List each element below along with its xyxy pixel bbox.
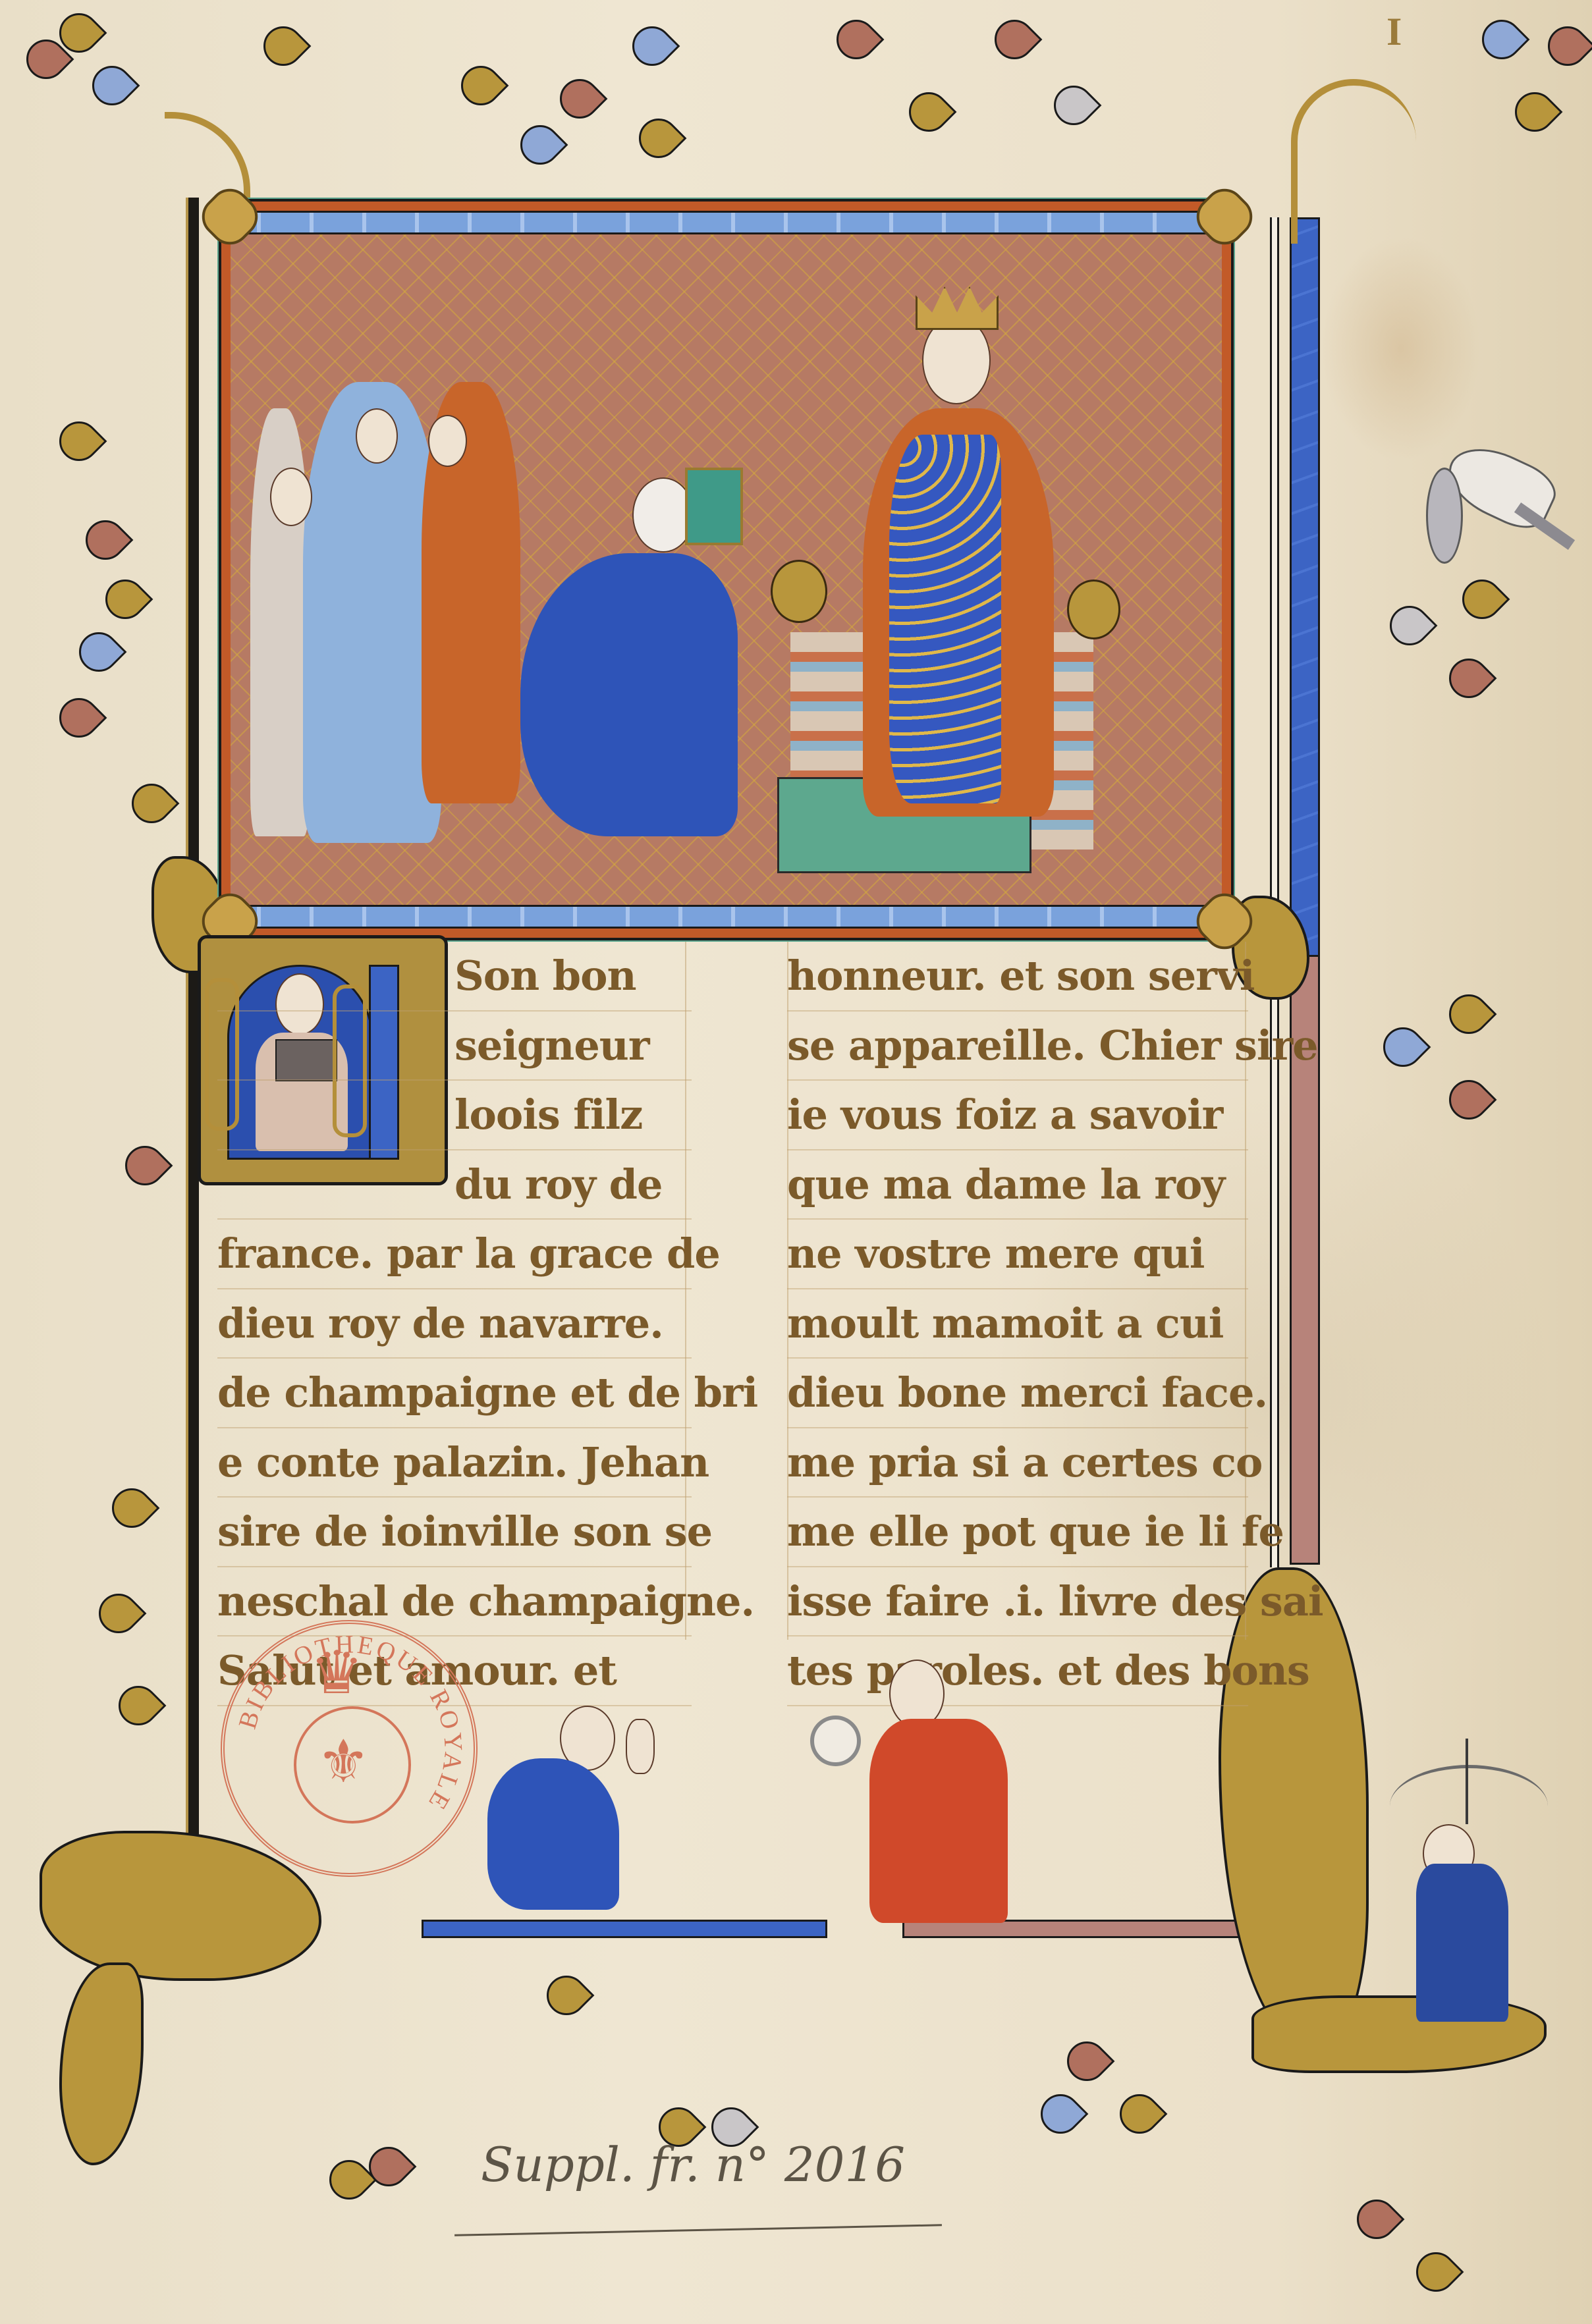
text-line: me elle pot que ie li fe [787, 1498, 1248, 1567]
ivy-leaf-icon [1382, 598, 1438, 654]
ivy-leaf-icon [1441, 1072, 1497, 1128]
text-line: honneur. et son servi [787, 942, 1248, 1012]
text-line: me pria si a certes co [787, 1428, 1248, 1498]
ivy-leaf-icon [1441, 651, 1497, 707]
shelfmark-annotation: Suppl. fr. n° 2016 [481, 2137, 905, 2192]
ivy-leaf-icon [1540, 18, 1592, 74]
ivy-leaf-icon [256, 18, 312, 74]
figure-head [356, 408, 398, 464]
miniature-presentation-scene [217, 198, 1235, 942]
text-line: france. par la grace de [217, 1220, 692, 1289]
bird-wing [1426, 468, 1463, 564]
ivy-leaf-icon [1349, 2192, 1405, 2248]
text-line: isse faire .i. livre des sai [787, 1567, 1248, 1637]
bottom-left-gold-tendril [59, 1962, 144, 2165]
bow-icon [1390, 1765, 1548, 1847]
ivy-leaf-icon [321, 2152, 377, 2208]
text-line: Son bon [217, 942, 692, 1012]
ivy-leaf-icon [1454, 572, 1510, 628]
text-line: loois filz [217, 1081, 692, 1150]
ivy-leaf-icon [117, 1138, 173, 1194]
marginal-kneeling-figure [461, 1706, 659, 1916]
text-line: ie vous foiz a savoir [787, 1081, 1248, 1150]
ivy-leaf-icon [84, 58, 140, 114]
text-line: seigneur [217, 1012, 692, 1081]
text-line: ne vostre mere qui [787, 1220, 1248, 1289]
text-line: que ma dame la roy [787, 1150, 1248, 1220]
lion-head-right-icon [1067, 580, 1120, 639]
ivy-leaf-icon [631, 111, 687, 167]
ivy-leaf-icon [78, 512, 134, 568]
left-border-bar [186, 198, 199, 1936]
text-line: e conte palazin. Jehan [217, 1428, 692, 1498]
ivy-leaf-icon [104, 1480, 160, 1536]
svg-text:BIBLIOTHEQUE ROYALE: BIBLIOTHEQUE ROYALE [233, 1630, 468, 1816]
archer-blue-tunic [1416, 1864, 1508, 2022]
text-column-left: Son bon seigneur loois filz du roy de fr… [217, 942, 692, 1706]
red-robe [869, 1719, 1008, 1923]
ivy-leaf-icon [1441, 986, 1497, 1042]
miniature-bottom-band [231, 905, 1222, 929]
ivy-leaf-icon [1408, 2244, 1464, 2300]
ivy-leaf-icon [539, 1968, 595, 2024]
ivy-leaf-icon [512, 117, 568, 173]
ivy-leaf-icon [124, 776, 180, 832]
praying-hands [626, 1719, 655, 1774]
ivy-leaf-icon [111, 1678, 167, 1734]
green-book-icon [685, 468, 743, 545]
ivy-leaf-icon [1033, 2086, 1089, 2142]
ivy-leaf-icon [1474, 12, 1530, 68]
bottom-border-blue-bar [422, 1920, 827, 1938]
crown-icon [916, 286, 999, 330]
ivy-leaf-icon [624, 18, 680, 74]
ivy-leaf-icon [51, 414, 107, 470]
text-line: du roy de [217, 1150, 692, 1220]
library-stamp: ♛ ⚜ BIBLIOTHEQUE ROYALE [221, 1620, 478, 1877]
ivy-leaf-icon [987, 12, 1043, 68]
top-right-gold-arch [1291, 79, 1416, 244]
text-line: de champaigne et de bri [217, 1359, 692, 1428]
text-line: dieu bone merci face. [787, 1359, 1248, 1428]
ivy-leaf-icon [1375, 1019, 1431, 1075]
marginal-archer [1403, 1745, 1535, 2035]
ivy-leaf-icon [71, 624, 127, 680]
kneeling-figure-blue-robe [487, 1758, 619, 1910]
ivy-leaf-icon [51, 690, 107, 746]
ivy-leaf-icon [91, 1586, 147, 1642]
ivy-leaf-icon [1507, 84, 1563, 140]
wreath-icon [810, 1716, 861, 1766]
shelfmark-underline [454, 2224, 942, 2236]
figure-head [889, 1660, 945, 1728]
figure-head [428, 415, 467, 467]
ivy-leaf-icon [552, 71, 608, 127]
ivy-leaf-icon [1059, 2034, 1115, 2090]
folio-number: I [1386, 9, 1402, 55]
lion-head-left-icon [771, 560, 827, 623]
ivy-leaf-icon [829, 12, 885, 68]
ivy-leaf-icon [901, 84, 957, 140]
stamp-legend: BIBLIOTHEQUE ROYALE [225, 1624, 474, 1873]
miniature-frame [221, 202, 1231, 938]
ivy-leaf-icon [1046, 78, 1102, 134]
figure-head-bearded [270, 468, 312, 526]
text-line: dieu roy de navarre. [217, 1289, 692, 1359]
text-column-right: honneur. et son servi se appareille. Chi… [787, 942, 1248, 1706]
right-border-inner-line [1270, 217, 1279, 1567]
text-line: se appareille. Chier sire [787, 1012, 1248, 1081]
ivy-leaf-icon [1112, 2086, 1168, 2142]
miniature-top-band [231, 211, 1222, 234]
figure-kneeling-author-mantle [520, 553, 738, 836]
king-fleur-de-lis-mantle [889, 435, 1001, 803]
ivy-leaf-icon [453, 58, 509, 114]
text-line: sire de ioinville son se [217, 1498, 692, 1567]
text-line: moult mamoit a cui [787, 1289, 1248, 1359]
ivy-leaf-icon [97, 572, 153, 628]
marginal-bird [1419, 441, 1578, 573]
marginal-red-figure-holding-wreath [830, 1660, 1014, 1923]
arrow-icon [1466, 1739, 1468, 1824]
